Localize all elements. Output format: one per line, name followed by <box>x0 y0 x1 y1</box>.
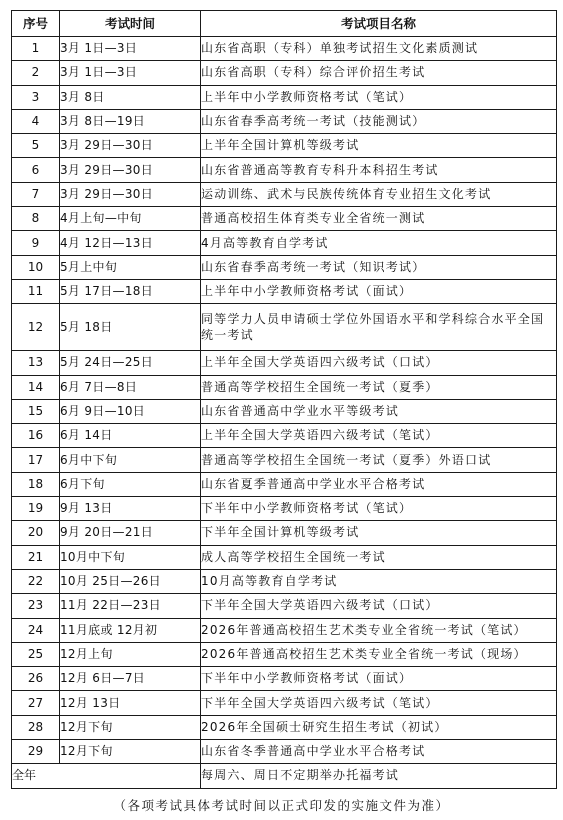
row-exam-name: 同等学力人员申请硕士学位外国语水平和学科综合水平全国统一考试 <box>201 304 557 351</box>
table-row: 166月 14日上半年全国大学英语四六级考试（笔试） <box>12 424 557 448</box>
table-row: 2512月上旬2026年普通高校招生艺术类专业全省统一考试（现场） <box>12 642 557 666</box>
row-index: 2 <box>12 61 60 85</box>
row-exam-time: 11月底或 12月初 <box>60 618 201 642</box>
table-row: 53月 29日—30日上半年全国计算机等级考试 <box>12 134 557 158</box>
row-exam-time: 5月 18日 <box>60 304 201 351</box>
row-index: 6 <box>12 158 60 182</box>
row-exam-time: 3月 1日—3日 <box>60 61 201 85</box>
row-exam-name: 普通高校招生体育类专业全省统一测试 <box>201 207 557 231</box>
row-index: 9 <box>12 231 60 255</box>
row-index: 11 <box>12 279 60 303</box>
row-index: 17 <box>12 448 60 472</box>
row-exam-name: 山东省高职（专科）综合评价招生考试 <box>201 61 557 85</box>
exam-schedule-table: 序号 考试时间 考试项目名称 13月 1日—3日山东省高职（专科）单独考试招生文… <box>11 10 557 789</box>
row-exam-time: 11月 22日—23日 <box>60 594 201 618</box>
row-exam-time: 10月 25日—26日 <box>60 569 201 593</box>
row-exam-name: 山东省春季高考统一考试（知识考试） <box>201 255 557 279</box>
table-row: 13月 1日—3日山东省高职（专科）单独考试招生文化素质测试 <box>12 37 557 61</box>
row-exam-name: 2026年普通高校招生艺术类专业全省统一考试（笔试） <box>201 618 557 642</box>
row-exam-name: 下半年全国计算机等级考试 <box>201 521 557 545</box>
table-row: 2210月 25日—26日10月高等教育自学考试 <box>12 569 557 593</box>
row-exam-time: 6月下旬 <box>60 472 201 496</box>
row-exam-time: 4月 12日—13日 <box>60 231 201 255</box>
row-index: 27 <box>12 691 60 715</box>
row-exam-name: 10月高等教育自学考试 <box>201 569 557 593</box>
row-exam-time: 6月 9日—10日 <box>60 399 201 423</box>
table-row: 209月 20日—21日下半年全国计算机等级考试 <box>12 521 557 545</box>
row-exam-name: 山东省夏季普通高中学业水平合格考试 <box>201 472 557 496</box>
table-row: 115月 17日—18日上半年中小学教师资格考试（面试） <box>12 279 557 303</box>
row-exam-time: 5月 24日—25日 <box>60 351 201 375</box>
row-exam-time: 6月中下旬 <box>60 448 201 472</box>
row-index: 26 <box>12 667 60 691</box>
table-row: 94月 12日—13日4月高等教育自学考试 <box>12 231 557 255</box>
row-exam-time: 12月下旬 <box>60 740 201 764</box>
row-index: 20 <box>12 521 60 545</box>
row-exam-name: 下半年全国大学英语四六级考试（口试） <box>201 594 557 618</box>
row-exam-time: 12月 6日—7日 <box>60 667 201 691</box>
row-exam-time: 12月上旬 <box>60 642 201 666</box>
row-index: 22 <box>12 569 60 593</box>
row-exam-name: 山东省普通高中学业水平等级考试 <box>201 399 557 423</box>
row-exam-time: 5月上中旬 <box>60 255 201 279</box>
row-exam-time: 9月 13日 <box>60 497 201 521</box>
row-exam-name: 4月高等教育自学考试 <box>201 231 557 255</box>
row-exam-name: 山东省高职（专科）单独考试招生文化素质测试 <box>201 37 557 61</box>
table-row: 2812月下旬2026年全国硕士研究生招生考试（初试） <box>12 715 557 739</box>
row-exam-name: 上半年全国计算机等级考试 <box>201 134 557 158</box>
row-index: 16 <box>12 424 60 448</box>
table-row: 146月 7日—8日普通高等学校招生全国统一考试（夏季） <box>12 375 557 399</box>
table-row: 33月 8日上半年中小学教师资格考试（笔试） <box>12 85 557 109</box>
header-index: 序号 <box>12 11 60 37</box>
table-row: 199月 13日下半年中小学教师资格考试（笔试） <box>12 497 557 521</box>
row-exam-name: 上半年全国大学英语四六级考试（口试） <box>201 351 557 375</box>
table-row: 63月 29日—30日山东省普通高等教育专科升本科招生考试 <box>12 158 557 182</box>
table-header-row: 序号 考试时间 考试项目名称 <box>12 11 557 37</box>
row-exam-time: 3月 29日—30日 <box>60 134 201 158</box>
row-exam-time: 10月中下旬 <box>60 545 201 569</box>
table-row: 43月 8日—19日山东省春季高考统一考试（技能测试） <box>12 109 557 133</box>
table-row: 73月 29日—30日运动训练、武术与民族传统体育专业招生文化考试 <box>12 182 557 206</box>
row-index: 29 <box>12 740 60 764</box>
row-exam-time: 3月 8日—19日 <box>60 109 201 133</box>
row-index: 23 <box>12 594 60 618</box>
table-row: 2110月中下旬成人高等学校招生全国统一考试 <box>12 545 557 569</box>
row-index: 19 <box>12 497 60 521</box>
row-exam-name: 山东省冬季普通高中学业水平合格考试 <box>201 740 557 764</box>
table-row: 125月 18日同等学力人员申请硕士学位外国语水平和学科综合水平全国统一考试 <box>12 304 557 351</box>
table-row: 2411月底或 12月初2026年普通高校招生艺术类专业全省统一考试（笔试） <box>12 618 557 642</box>
row-index: 18 <box>12 472 60 496</box>
row-exam-time: 9月 20日—21日 <box>60 521 201 545</box>
row-exam-name: 山东省春季高考统一考试（技能测试） <box>201 109 557 133</box>
header-exam-time: 考试时间 <box>60 11 201 37</box>
row-index: 3 <box>12 85 60 109</box>
row-exam-name: 普通高等学校招生全国统一考试（夏季） <box>201 375 557 399</box>
row-index: 5 <box>12 134 60 158</box>
row-exam-time: 4月上旬—中旬 <box>60 207 201 231</box>
row-exam-name: 2026年全国硕士研究生招生考试（初试） <box>201 715 557 739</box>
row-index: 28 <box>12 715 60 739</box>
row-exam-name: 上半年全国大学英语四六级考试（笔试） <box>201 424 557 448</box>
table-row: 2912月下旬山东省冬季普通高中学业水平合格考试 <box>12 740 557 764</box>
year-round-label: 全年 <box>12 764 201 788</box>
row-exam-name: 上半年中小学教师资格考试（笔试） <box>201 85 557 109</box>
row-exam-time: 3月 1日—3日 <box>60 37 201 61</box>
header-exam-name: 考试项目名称 <box>201 11 557 37</box>
footer-note: （各项考试具体考试时间以正式印发的实施文件为准） <box>0 796 563 814</box>
row-exam-time: 6月 14日 <box>60 424 201 448</box>
table-row: 23月 1日—3日山东省高职（专科）综合评价招生考试 <box>12 61 557 85</box>
row-exam-name: 普通高等学校招生全国统一考试（夏季）外语口试 <box>201 448 557 472</box>
row-exam-time: 3月 8日 <box>60 85 201 109</box>
table-row: 84月上旬—中旬普通高校招生体育类专业全省统一测试 <box>12 207 557 231</box>
row-exam-name: 下半年中小学教师资格考试（笔试） <box>201 497 557 521</box>
table-row-year-round: 全年 每周六、周日不定期举办托福考试 <box>12 764 557 788</box>
row-exam-name: 下半年中小学教师资格考试（面试） <box>201 667 557 691</box>
table-row: 176月中下旬普通高等学校招生全国统一考试（夏季）外语口试 <box>12 448 557 472</box>
row-index: 8 <box>12 207 60 231</box>
row-index: 10 <box>12 255 60 279</box>
row-exam-time: 5月 17日—18日 <box>60 279 201 303</box>
row-index: 25 <box>12 642 60 666</box>
row-exam-time: 3月 29日—30日 <box>60 158 201 182</box>
row-exam-name: 山东省普通高等教育专科升本科招生考试 <box>201 158 557 182</box>
row-index: 15 <box>12 399 60 423</box>
table-row: 2612月 6日—7日下半年中小学教师资格考试（面试） <box>12 667 557 691</box>
table-row: 2311月 22日—23日下半年全国大学英语四六级考试（口试） <box>12 594 557 618</box>
row-exam-name: 运动训练、武术与民族传统体育专业招生文化考试 <box>201 182 557 206</box>
row-exam-time: 3月 29日—30日 <box>60 182 201 206</box>
row-index: 7 <box>12 182 60 206</box>
row-exam-name: 成人高等学校招生全国统一考试 <box>201 545 557 569</box>
row-exam-name: 下半年全国大学英语四六级考试（笔试） <box>201 691 557 715</box>
year-round-exam-name: 每周六、周日不定期举办托福考试 <box>201 764 557 788</box>
table-row: 156月 9日—10日山东省普通高中学业水平等级考试 <box>12 399 557 423</box>
row-index: 24 <box>12 618 60 642</box>
row-index: 1 <box>12 37 60 61</box>
table-row: 135月 24日—25日上半年全国大学英语四六级考试（口试） <box>12 351 557 375</box>
table-row: 2712月 13日下半年全国大学英语四六级考试（笔试） <box>12 691 557 715</box>
row-index: 21 <box>12 545 60 569</box>
row-exam-time: 12月 13日 <box>60 691 201 715</box>
row-index: 14 <box>12 375 60 399</box>
table-row: 186月下旬山东省夏季普通高中学业水平合格考试 <box>12 472 557 496</box>
row-exam-time: 12月下旬 <box>60 715 201 739</box>
row-exam-time: 6月 7日—8日 <box>60 375 201 399</box>
row-index: 4 <box>12 109 60 133</box>
table-row: 105月上中旬山东省春季高考统一考试（知识考试） <box>12 255 557 279</box>
row-exam-name: 2026年普通高校招生艺术类专业全省统一考试（现场） <box>201 642 557 666</box>
row-index: 12 <box>12 304 60 351</box>
row-index: 13 <box>12 351 60 375</box>
row-exam-name: 上半年中小学教师资格考试（面试） <box>201 279 557 303</box>
